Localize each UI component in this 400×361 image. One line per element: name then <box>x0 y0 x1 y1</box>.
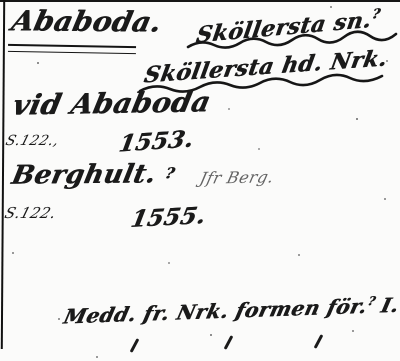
cutoff-stroke-2 <box>224 335 234 350</box>
cutoff-stroke-1 <box>130 338 140 353</box>
footer-query-mark: ? <box>366 294 376 308</box>
card-top-edge <box>0 0 400 2</box>
year-value-1: 1553. <box>117 127 195 156</box>
archive-card: Ababoda. Sköllersta sn.? Sköllersta hd. … <box>0 0 400 361</box>
parish-query-mark: ? <box>371 7 381 23</box>
variant-name-text: Berghult. <box>9 159 159 190</box>
footer-note: Medd. fr. Nrk. formen för.? I. <box>62 294 400 327</box>
variant-name: Berghult. ? <box>9 161 177 188</box>
card-title: Ababoda. <box>9 7 164 36</box>
footer-tail: I. <box>379 293 400 318</box>
year-value-2: 1555. <box>129 204 208 231</box>
title-double-underline <box>8 44 136 54</box>
pencil-annotation: Jfr Berg. <box>198 169 275 186</box>
location-line: vid Ababoda <box>10 88 213 120</box>
footer-text: Medd. fr. Nrk. formen för. <box>61 294 369 329</box>
source-ref-2: S.122. <box>3 206 58 221</box>
source-ref-1: S.122., <box>4 134 61 148</box>
variant-query-mark: ? <box>164 164 177 182</box>
cutoff-stroke-3 <box>314 334 324 349</box>
paper-specks <box>0 0 2 2</box>
card-left-edge <box>1 0 5 349</box>
